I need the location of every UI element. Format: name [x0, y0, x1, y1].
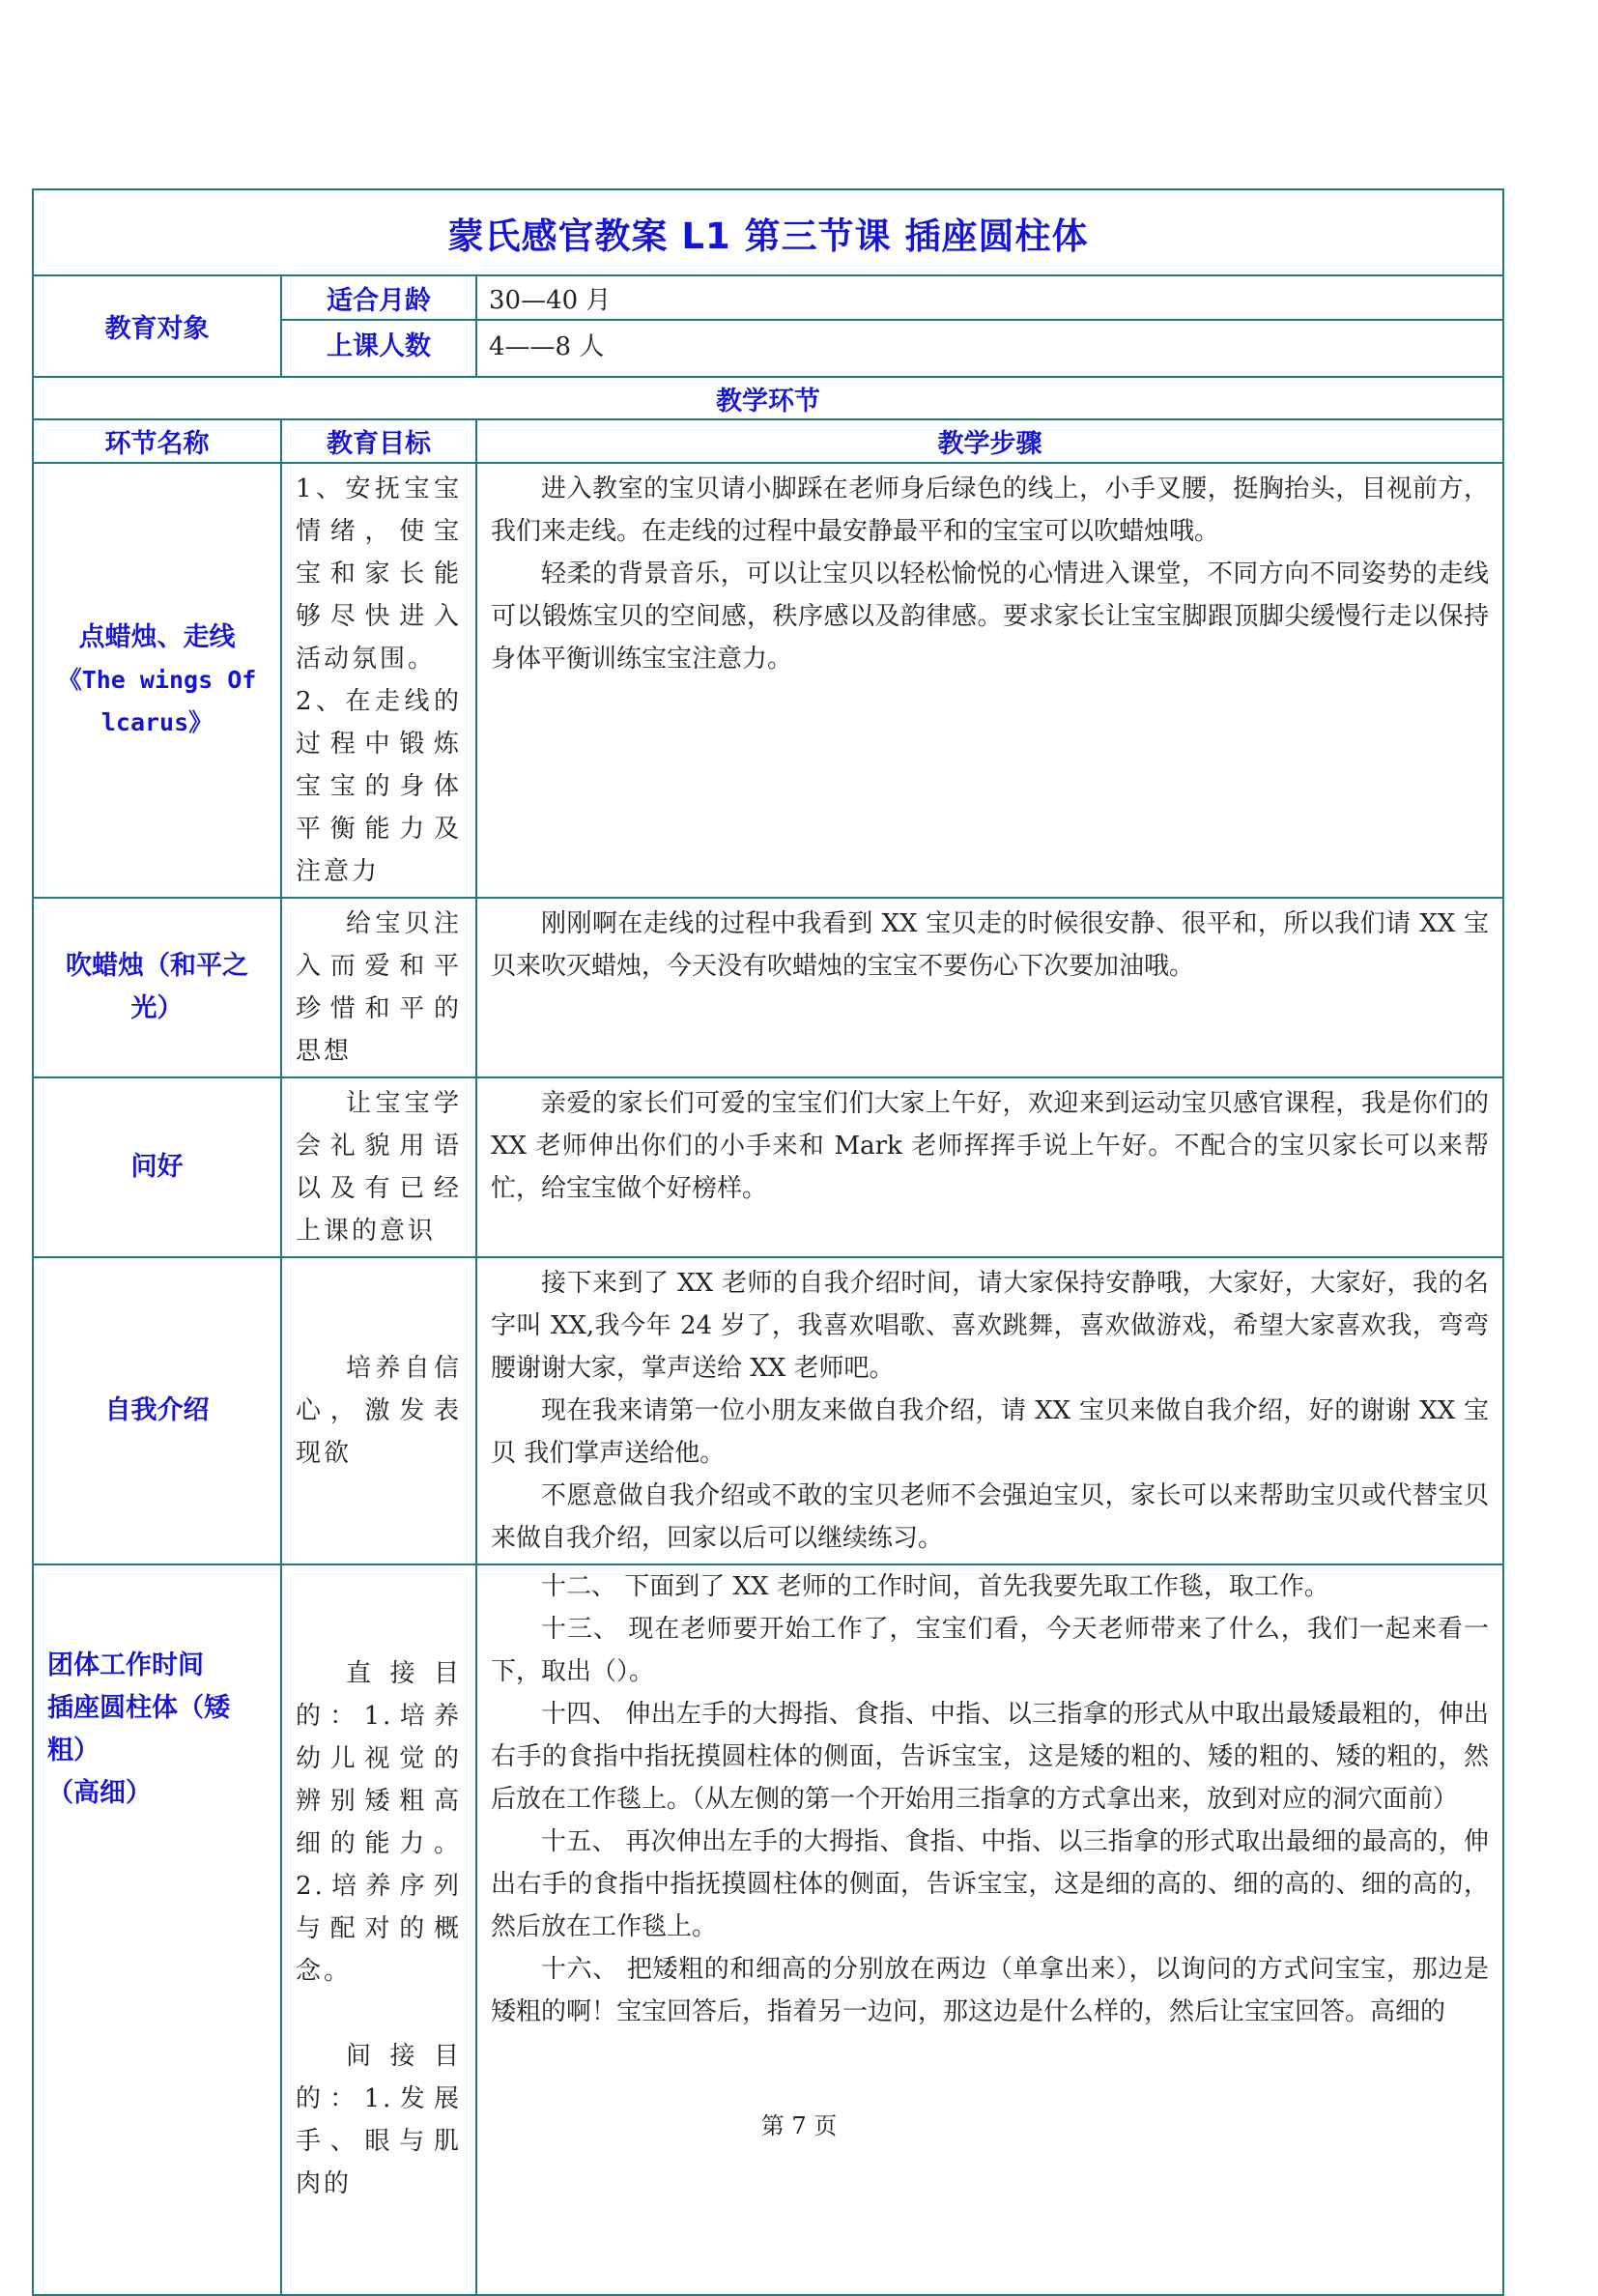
age-value: 30—40 月	[476, 275, 1503, 320]
column-header-segment-name: 环节名称	[33, 419, 281, 463]
step-paragraph: 十二、 下面到了 XX 老师的工作时间，首先我要先取工作毯，取工作。	[491, 1565, 1489, 1608]
segment-steps: 接下来到了 XX 老师的自我介绍时间，请大家保持安静哦，大家好，大家好，我的名字…	[476, 1257, 1503, 1564]
segment-goal: 让宝宝学会礼貌用语以及有已经上课的意识	[281, 1077, 476, 1257]
column-header-goal: 教育目标	[281, 419, 476, 463]
step-paragraph: 不愿意做自我介绍或不敢的宝贝老师不会强迫宝贝，家长可以来帮助宝贝或代替宝贝来做自…	[491, 1475, 1489, 1560]
segment-name-line: 插座圆柱体（矮	[47, 1687, 271, 1730]
goal-paragraph: 直接目的：1.培养幼儿视觉的辨别矮粗高细的能力。2.培养序列与配对的概念。	[296, 1652, 462, 1993]
segment-goal: 1、安抚宝宝情绪，使宝宝和家长能够尽快进入活动氛围。 2、在走线的过程中锻炼宝宝…	[281, 463, 476, 898]
document-page: 蒙氏感官教案 L1 第三节课 插座圆柱体 教育对象 适合月龄 30—40 月 上…	[0, 0, 1598, 2260]
segment-name: 问好	[33, 1077, 281, 1257]
step-paragraph: 刚刚啊在走线的过程中我看到 XX 宝贝走的时候很安静、很平和，所以我们请 XX …	[491, 903, 1489, 988]
column-header-steps: 教学步骤	[476, 419, 1503, 463]
class-size-label: 上课人数	[281, 320, 476, 377]
segment-goal: 直接目的：1.培养幼儿视觉的辨别矮粗高细的能力。2.培养序列与配对的概念。 间接…	[281, 1564, 476, 2295]
section-header: 教学环节	[33, 377, 1503, 419]
segment-name: 自我介绍	[33, 1257, 281, 1564]
segment-name-line: 光）	[43, 988, 271, 1030]
table-row: 自我介绍 培养自信心，激发表现欲 接下来到了 XX 老师的自我介绍时间，请大家保…	[33, 1257, 1503, 1564]
segment-name-line: 粗）	[47, 1730, 271, 1772]
table-row: 吹蜡烛（和平之 光） 给宝贝注入而爱和平珍惜和平的思想 刚刚啊在走线的过程中我看…	[33, 898, 1503, 1077]
segment-steps: 亲爱的家长们可爱的宝宝们们大家上午好，欢迎来到运动宝贝感官课程，我是你们的 XX…	[476, 1077, 1503, 1257]
document-title: 蒙氏感官教案 L1 第三节课 插座圆柱体	[33, 189, 1503, 275]
column-header-row: 环节名称 教育目标 教学步骤	[33, 419, 1503, 463]
audience-label: 教育对象	[33, 275, 281, 377]
step-paragraph: 亲爱的家长们可爱的宝宝们们大家上午好，欢迎来到运动宝贝感官课程，我是你们的 XX…	[491, 1082, 1489, 1210]
segment-steps: 刚刚啊在走线的过程中我看到 XX 宝贝走的时候很安静、很平和，所以我们请 XX …	[476, 898, 1503, 1077]
segment-steps: 进入教室的宝贝请小脚踩在老师身后绿色的线上，小手叉腰，挺胸抬头，目视前方，我们来…	[476, 463, 1503, 898]
step-paragraph: 进入教室的宝贝请小脚踩在老师身后绿色的线上，小手叉腰，挺胸抬头，目视前方，我们来…	[491, 468, 1489, 553]
step-paragraph: 现在我来请第一位小朋友来做自我介绍，请 XX 宝贝来做自我介绍，好的谢谢 XX …	[491, 1390, 1489, 1475]
step-paragraph: 接下来到了 XX 老师的自我介绍时间，请大家保持安静哦，大家好，大家好，我的名字…	[491, 1262, 1489, 1390]
segment-name-line: lcarus》	[43, 702, 271, 744]
segment-goal: 培养自信心，激发表现欲	[281, 1257, 476, 1564]
segment-name-line: 问好	[43, 1146, 271, 1189]
step-paragraph: 十五、 再次伸出左手的大拇指、食指、中指、以三指拿的形式取出最细的最高的，伸出右…	[491, 1821, 1489, 1948]
table-row: 团体工作时间 插座圆柱体（矮 粗） （高细） 直接目的：1.培养幼儿视觉的辨别矮…	[33, 1564, 1503, 2295]
goal-paragraph: 让宝宝学会礼貌用语以及有已经上课的意识	[296, 1082, 462, 1252]
segment-name: 点蜡烛、走线 《The wings Of lcarus》	[33, 463, 281, 898]
step-paragraph: 十六、 把矮粗的和细高的分别放在两边（单拿出来），以询问的方式问宝宝，那边是矮粗…	[491, 1948, 1489, 2033]
segment-name: 团体工作时间 插座圆柱体（矮 粗） （高细）	[33, 1564, 281, 2295]
goal-paragraph: 培养自信心，激发表现欲	[296, 1347, 462, 1475]
table-row: 问好 让宝宝学会礼貌用语以及有已经上课的意识 亲爱的家长们可爱的宝宝们们大家上午…	[33, 1077, 1503, 1257]
segment-name-line: 《The wings Of	[43, 659, 271, 702]
audience-row-age: 教育对象 适合月龄 30—40 月	[33, 275, 1503, 320]
class-size-value: 4——8 人	[476, 320, 1503, 377]
lesson-plan-table: 蒙氏感官教案 L1 第三节课 插座圆柱体 教育对象 适合月龄 30—40 月 上…	[32, 188, 1504, 2296]
page-number: 第 7 页	[0, 2107, 1598, 2140]
segment-name-line: 自我介绍	[43, 1390, 271, 1432]
table-row: 点蜡烛、走线 《The wings Of lcarus》 1、安抚宝宝情绪，使宝…	[33, 463, 1503, 898]
goal-paragraph: 2、在走线的过程中锻炼宝宝的身体平衡能力及注意力	[296, 680, 462, 893]
step-paragraph: 轻柔的背景音乐，可以让宝贝以轻松愉悦的心情进入课堂，不同方向不同姿势的走线可以锻…	[491, 553, 1489, 680]
segment-name-line: 团体工作时间	[47, 1645, 271, 1687]
segment-name-line: 点蜡烛、走线	[43, 617, 271, 659]
goal-paragraph: 给宝贝注入而爱和平珍惜和平的思想	[296, 903, 462, 1073]
age-label: 适合月龄	[281, 275, 476, 320]
step-paragraph: 十三、 现在老师要开始工作了，宝宝们看，今天老师带来了什么，我们一起来看一下，取…	[491, 1608, 1489, 1693]
segment-name-line: （高细）	[47, 1772, 271, 1815]
segment-name-line: 吹蜡烛（和平之	[43, 945, 271, 988]
goal-paragraph: 1、安抚宝宝情绪，使宝宝和家长能够尽快进入活动氛围。	[296, 468, 462, 680]
section-header-row: 教学环节	[33, 377, 1503, 419]
segment-goal: 给宝贝注入而爱和平珍惜和平的思想	[281, 898, 476, 1077]
title-row: 蒙氏感官教案 L1 第三节课 插座圆柱体	[33, 189, 1503, 275]
step-paragraph: 十四、 伸出左手的大拇指、食指、中指、以三指拿的形式从中取出最矮最粗的，伸出右手…	[491, 1693, 1489, 1821]
segment-steps: 十二、 下面到了 XX 老师的工作时间，首先我要先取工作毯，取工作。 十三、 现…	[476, 1564, 1503, 2295]
segment-name: 吹蜡烛（和平之 光）	[33, 898, 281, 1077]
